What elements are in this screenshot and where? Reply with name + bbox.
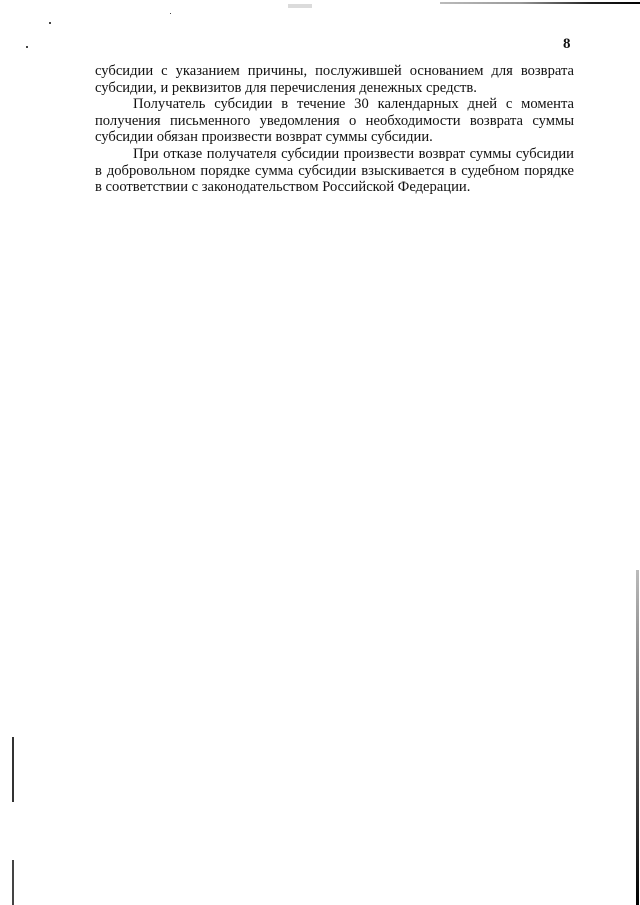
scan-artifact-top-edge (440, 2, 640, 4)
document-page: 8 субсидии с указанием причины, послужив… (0, 0, 640, 905)
scan-artifact-dot (170, 13, 171, 14)
paragraph: При отказе получателя субсидии произвест… (95, 146, 574, 196)
scan-artifact-left-edge (12, 737, 14, 802)
scan-artifact-left-edge (12, 860, 14, 905)
body-text: субсидии с указанием причины, послуживше… (95, 63, 574, 196)
page-number: 8 (563, 36, 571, 53)
scan-artifact-smudge (288, 4, 312, 8)
paragraph: субсидии с указанием причины, послуживше… (95, 63, 574, 96)
paragraph: Получатель субсидии в течение 30 календа… (95, 96, 574, 146)
scan-artifact-dot (49, 22, 51, 24)
scan-artifact-dot (26, 46, 28, 48)
scan-artifact-right-edge (636, 570, 639, 905)
